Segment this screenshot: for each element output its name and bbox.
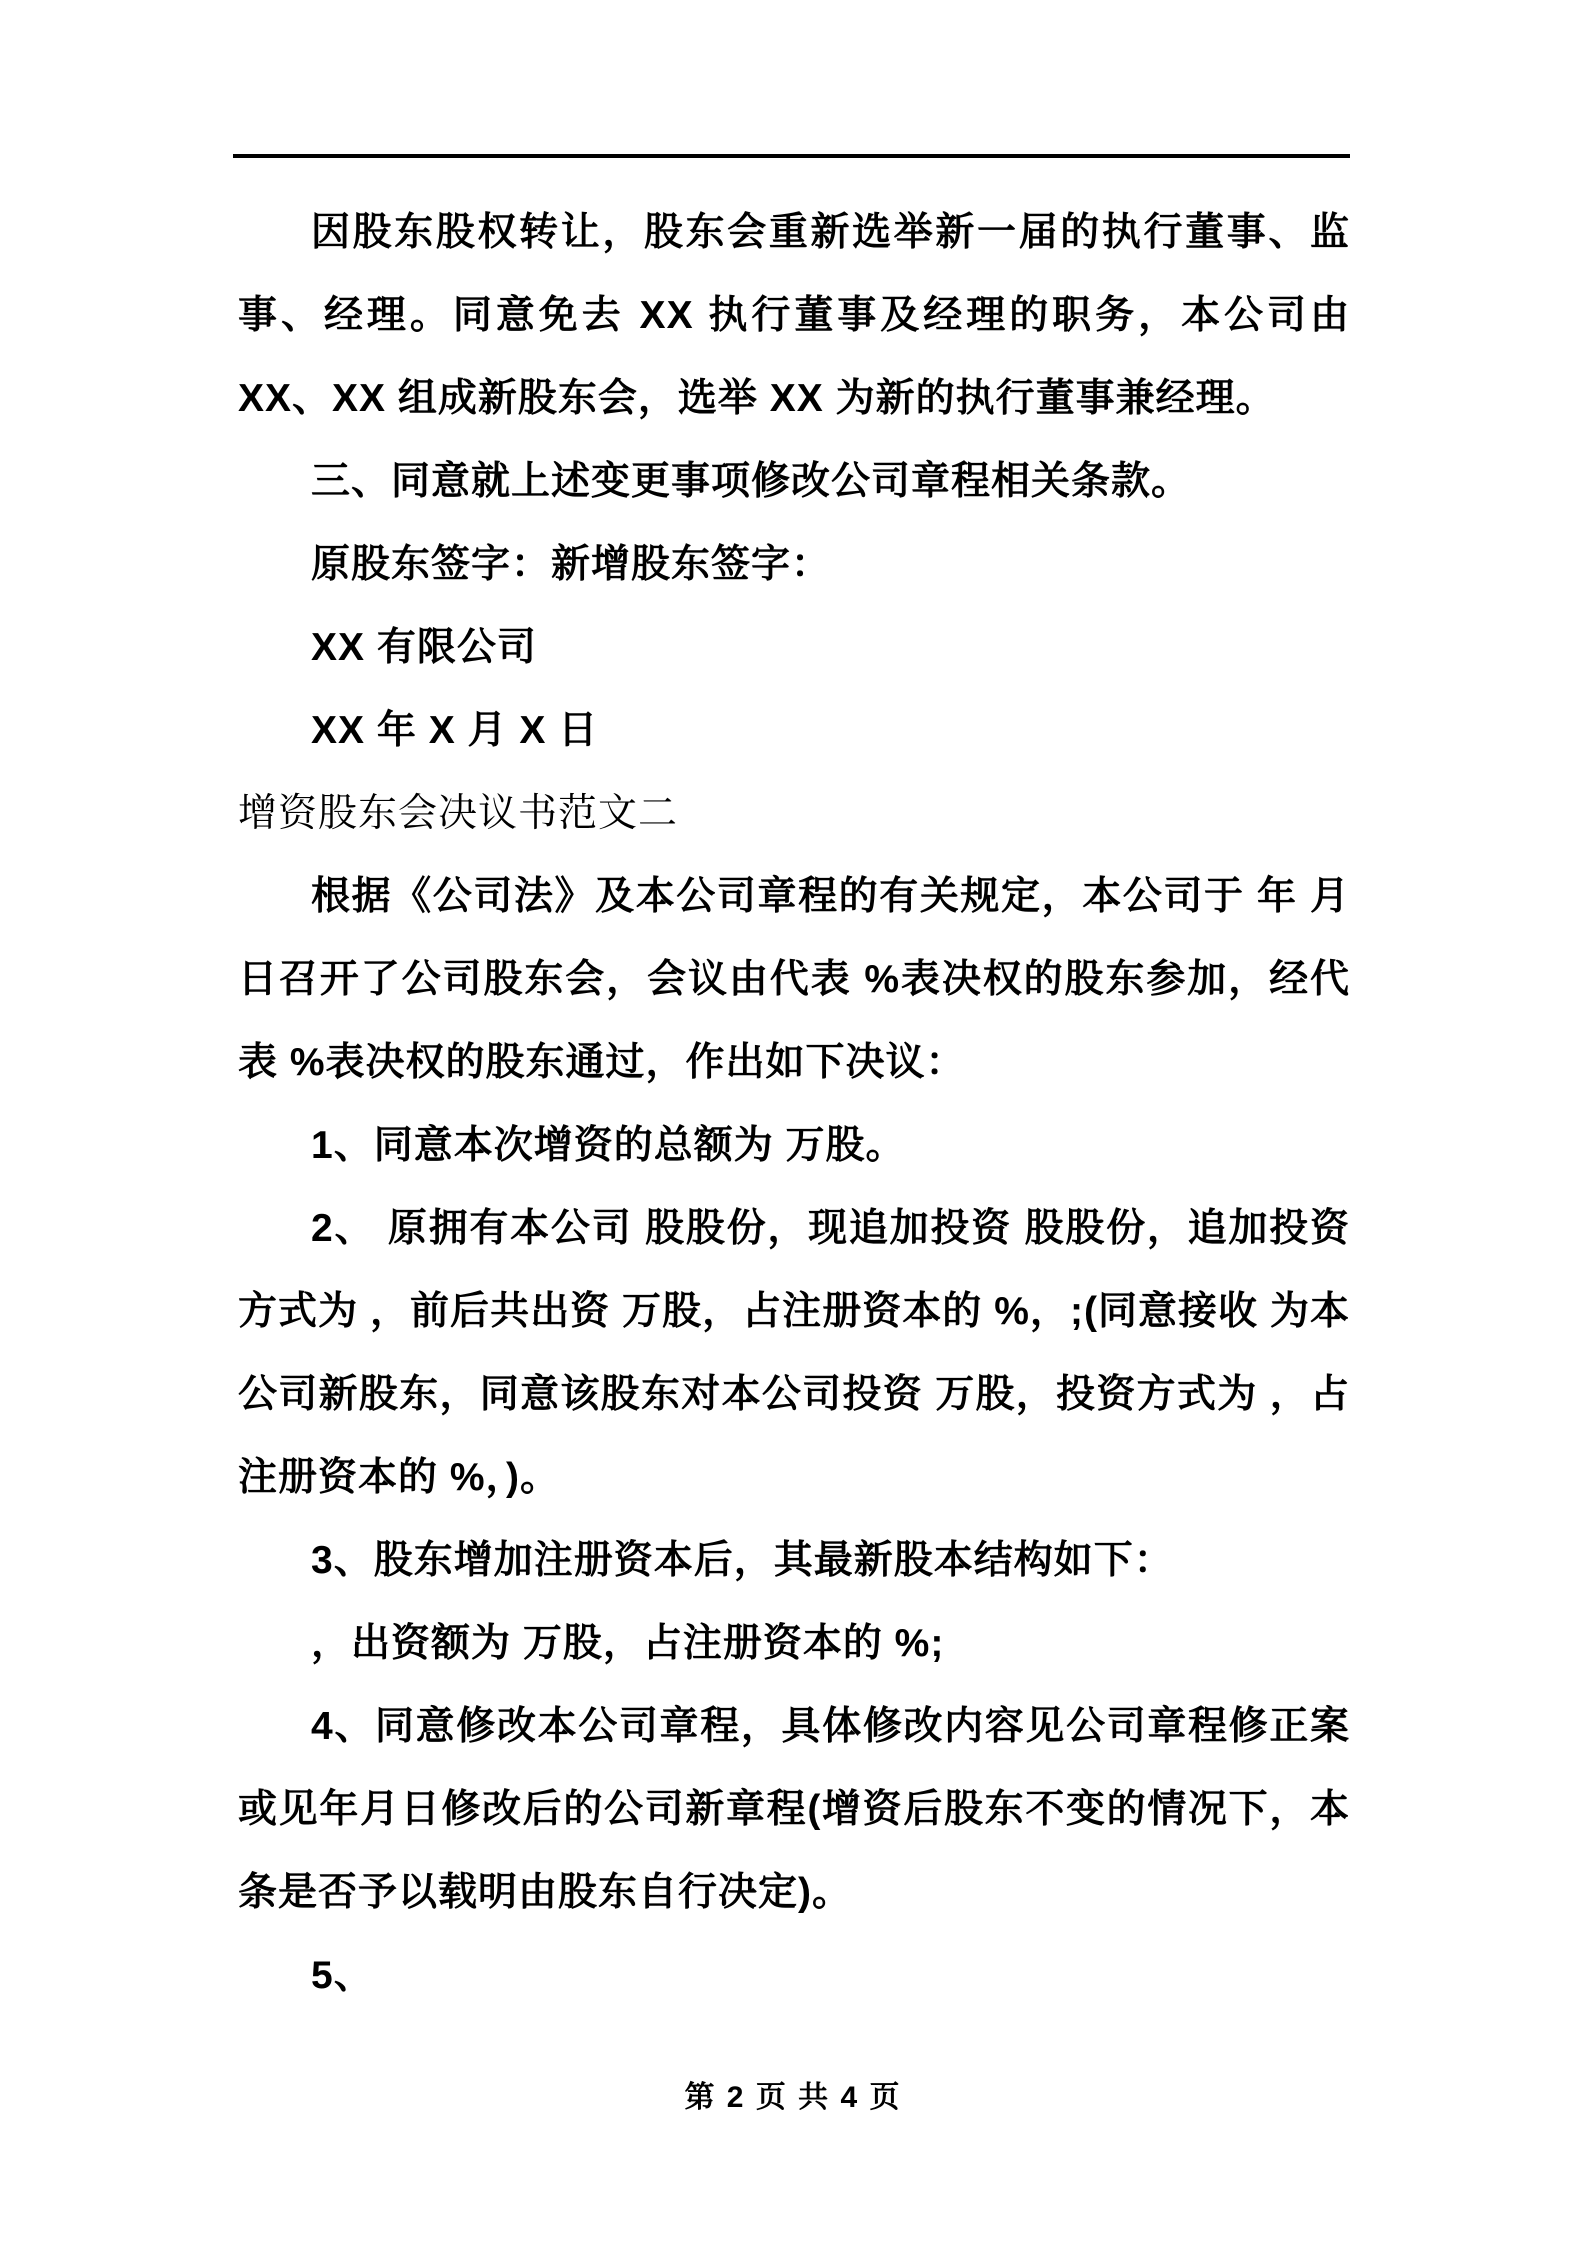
- para-item-three: 三、同意就上述变更事项修改公司章程相关条款。: [238, 440, 1350, 523]
- para-intro: 根据《公司法》及本公司章程的有关规定，本公司于 年 月 日召开了公司股东会，会议…: [238, 855, 1350, 1104]
- para-resolution-3: 3、股东增加注册资本后，其最新股本结构如下：: [238, 1519, 1350, 1602]
- page-number: 第 2 页 共 4 页: [0, 2072, 1586, 2116]
- para-capital-structure: ，出资额为 万股，占注册资本的 %;: [238, 1602, 1350, 1685]
- para-resolution-4: 4、同意修改本公司章程，具体修改内容见公司章程修正案或见年月日修改后的公司新章程…: [238, 1685, 1350, 1934]
- para-company-name: XX 有限公司: [238, 606, 1350, 689]
- para-date: XX 年 X 月 X 日: [238, 689, 1350, 772]
- para-resolution-5: 5、: [238, 1934, 1350, 2017]
- para-signature-line: 原股东签字：新增股东签字：: [238, 523, 1350, 606]
- para-board-election: 因股东股权转让，股东会重新选举新一届的执行董事、监事、经理。同意免去 XX 执行…: [238, 191, 1350, 440]
- header-rule: [233, 154, 1350, 158]
- para-resolution-1: 1、同意本次增资的总额为 万股。: [238, 1104, 1350, 1187]
- para-resolution-2: 2、 原拥有本公司 股股份，现追加投资 股股份，追加投资方式为 ，前后共出资 万…: [238, 1187, 1350, 1519]
- heading-sample-two: 增资股东会决议书范文二: [238, 772, 1350, 855]
- document-body: 因股东股权转让，股东会重新选举新一届的执行董事、监事、经理。同意免去 XX 执行…: [238, 191, 1350, 2017]
- document-page: 因股东股权转让，股东会重新选举新一届的执行董事、监事、经理。同意免去 XX 执行…: [0, 0, 1586, 2244]
